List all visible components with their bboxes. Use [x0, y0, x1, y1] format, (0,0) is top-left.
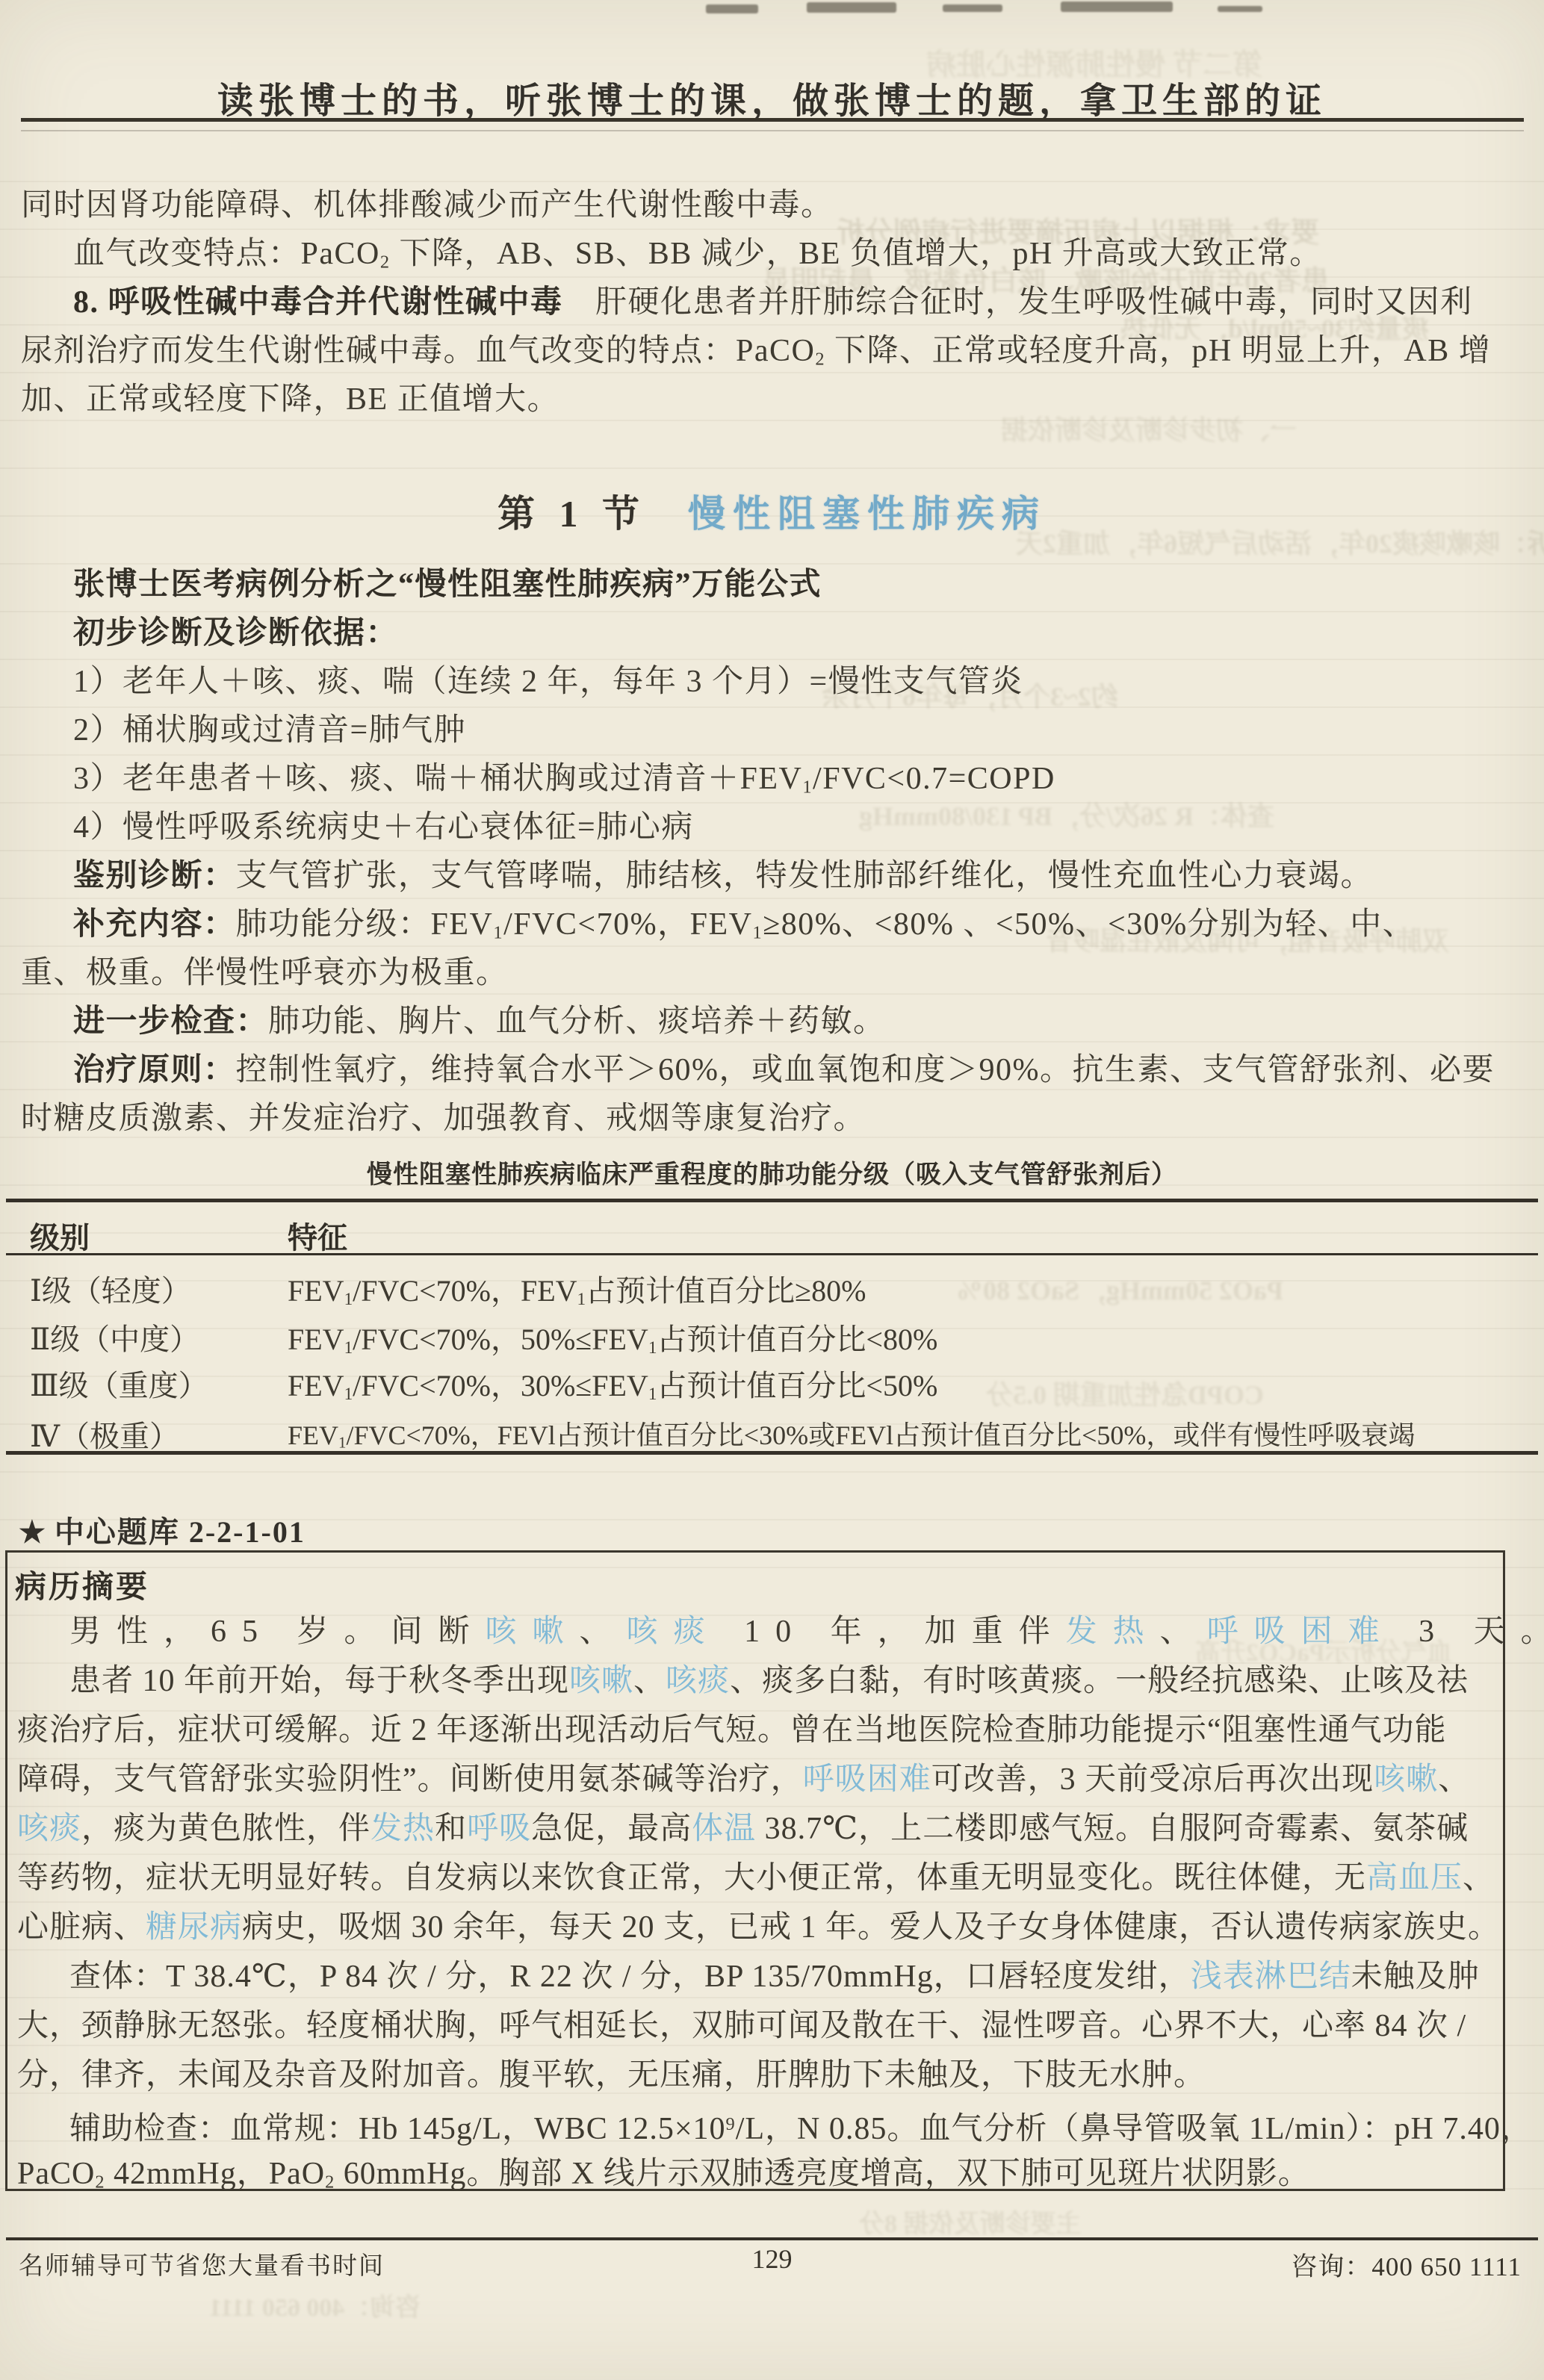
- textbook-scan-page: 第二节 慢性肺源性心脏病 要求：根据以上病历摘要进行病例分析 患者20年前开始咳…: [0, 0, 1544, 2380]
- table-row-grade-3: Ⅲ级（重度）: [30, 1362, 208, 1405]
- table-header-grade: 级别: [30, 1214, 90, 1257]
- table-border-header: [6, 1253, 1538, 1255]
- paragraph-item8: 8. 呼吸性碱中毒合并代谢性碱中毒 肝硬化患者并肝肺综合征时，发生呼吸性碱中毒，…: [21, 284, 1544, 321]
- table-row-feature-4: FEV1/FVC<70%，FEVl占预计值百分比<30%或FEVl占预计值百分比…: [288, 1414, 1415, 1452]
- formula-item-4: 4）慢性呼吸系统病史＋右心衰体征=肺心病: [21, 809, 1544, 846]
- scan-artifact: [706, 4, 758, 13]
- formula-item-2: 2）桶状胸或过清音=肺气肿: [21, 712, 1544, 749]
- table-title: 慢性阻塞性肺疾病临床严重程度的肺功能分级（吸入支气管舒张剂后）: [0, 1154, 1544, 1190]
- table-header-feature: 特征: [288, 1214, 347, 1257]
- question-bank-code: 2-2-1-01: [189, 1515, 306, 1549]
- table-row-feature-2: FEV1/FVC<70%，50%≤FEV1占预计值百分比<80%: [288, 1316, 937, 1358]
- footer-rule: [6, 2237, 1538, 2240]
- case-summary-heading: 病历摘要: [15, 1562, 149, 1607]
- scan-artifact: [1061, 1, 1173, 12]
- table-border-top: [6, 1199, 1538, 1202]
- section-number: 第 1 节: [497, 484, 647, 538]
- section-heading: 第 1 节 慢性阻塞性肺疾病: [0, 484, 1544, 538]
- supplement-content-cont: 重、极重。伴慢性呼衰亦为极重。: [21, 954, 1525, 992]
- scan-artifact: [943, 4, 1002, 12]
- question-bank-label: 中心题库: [55, 1515, 180, 1549]
- treatment-principle-cont: 时糖皮质激素、并发症治疗、加强教育、戒烟等康复治疗。: [21, 1100, 1525, 1137]
- bleedthrough-text: 咨询：400 650 1111: [209, 2287, 421, 2323]
- paragraph-blood-gas: 血气改变特点：PaCO2 下降，AB、SB、BB 减少，BE 负值增大，pH 升…: [21, 235, 1544, 281]
- scan-artifact: [807, 2, 896, 13]
- paragraph-acidosis: 同时因肾功能障碍、机体排酸减少而产生代谢性酸中毒。: [21, 187, 1525, 224]
- case-line: 痰治疗后，症状可缓解。近 2 年逐渐出现活动后气短。曾在当地医院检查肺功能提示“…: [17, 1712, 1500, 1749]
- bleedthrough-text: COPD急性加重期 0.5分: [986, 1374, 1264, 1412]
- case-line: 等药物，症状无明显好转。自发病以来饮食正常，大小便正常，体重无明显变化。既往体健…: [17, 1859, 1500, 1897]
- formula-item-1: 1）老年人＋咳、痰、喘（连续 2 年，每年 3 个月）=慢性支气管炎: [21, 663, 1544, 700]
- diagnosis-basis-heading: 初步诊断及诊断依据：: [21, 615, 1544, 652]
- supplement-content: 补充内容：肺功能分级：FEV1/FVC<70%，FEV1≥80%、<80% 、<…: [21, 906, 1544, 951]
- case-line: 男性，65 岁。间断咳嗽、咳痰 10 年，加重伴发热、呼吸困难 3 天。: [17, 1613, 1544, 1650]
- section-title: 慢性阻塞性肺疾病: [688, 484, 1047, 538]
- bleedthrough-text: PaO2 50mmHg，SaO2 80%: [956, 1270, 1283, 1308]
- paragraph-item8-cont: 尿剂治疗而发生代谢性碱中毒。血气改变的特点：PaCO2 下降、正常或轻度升高，p…: [21, 332, 1525, 378]
- case-line: 患者 10 年前开始，每于秋冬季出现咳嗽、咳痰、痰多白黏，有时咳黄痰。一般经抗感…: [17, 1662, 1544, 1700]
- case-line: PaCO2 42mmHg，PaO2 60mmHg。胸部 X 线片示双肺透亮度增高…: [17, 2155, 1500, 2201]
- bleedthrough-text: 主要诊断及依据 8分: [859, 2203, 1082, 2240]
- table-row-grade-4: Ⅳ（极重）: [30, 1413, 179, 1455]
- header-slogan: 读张博士的书，听张博士的课，做张博士的题，拿卫生部的证: [0, 72, 1544, 123]
- differential-diagnosis: 鉴别诊断：支气管扩张，支气管哮喘，肺结核，特发性肺部纤维化，慢性充血性心力衰竭。: [21, 857, 1544, 895]
- case-line: 咳痰，痰为黄色脓性，伴发热和呼吸急促，最高体温 38.7℃，上二楼即感气短。自服…: [17, 1810, 1500, 1848]
- table-row-feature-1: FEV1/FVC<70%，FEV1占预计值百分比≥80%: [288, 1267, 866, 1310]
- table-border-bottom: [6, 1451, 1538, 1455]
- case-line: 分，律齐，未闻及杂音及附加音。腹平软，无压痛，肝脾肋下未触及，下肢无水肿。: [17, 2057, 1500, 2094]
- formula-heading: 张博士医考病例分析之“慢性阻塞性肺疾病”万能公式: [21, 566, 1544, 603]
- paragraph-item8-end: 加、正常或轻度下降，BE 正值增大。: [21, 381, 1525, 418]
- case-line: 大，颈静脉无怒张。轻度桶状胸，呼气相延长，双肺可闻及散在干、湿性啰音。心界不大，…: [17, 2007, 1500, 2045]
- case-line: 辅助检查：血常规：Hb 145g/L，WBC 12.5×109/L，N 0.85…: [17, 2106, 1544, 2148]
- header-rule-shadow: [21, 130, 1524, 131]
- scan-artifact: [1218, 6, 1262, 12]
- star-icon: ★: [19, 1515, 47, 1549]
- further-exam: 进一步检查：肺功能、胸片、血气分析、痰培养＋药敏。: [21, 1003, 1544, 1040]
- footer-contact: 咨询：400 650 1111: [1291, 2246, 1522, 2284]
- header-rule: [21, 118, 1524, 122]
- table-row-grade-2: Ⅱ级（中度）: [30, 1316, 199, 1358]
- case-line: 障碍，支气管舒张实验阴性”。间断使用氨茶碱等治疗，呼吸困难可改善，3 天前受凉后…: [17, 1761, 1500, 1798]
- formula-item-3: 3）老年患者＋咳、痰、喘＋桶状胸或过清音＋FEV1/FVC<0.7=COPD: [21, 760, 1544, 806]
- table-row-grade-1: Ⅰ级（轻度）: [30, 1267, 191, 1310]
- question-bank-heading: ★中心题库 2-2-1-01: [19, 1509, 306, 1551]
- case-line: 查体：T 38.4℃，P 84 次 / 分，R 22 次 / 分，BP 135/…: [17, 1958, 1544, 1995]
- treatment-principle: 治疗原则：控制性氧疗，维持氧合水平＞60%，或血氧饱和度＞90%。抗生素、支气管…: [21, 1051, 1544, 1089]
- case-line: 心脏病、糖尿病病史，吸烟 30 余年，每天 20 支，已戒 1 年。爱人及子女身…: [17, 1909, 1500, 1946]
- table-row-feature-3: FEV1/FVC<70%，30%≤FEV1占预计值百分比<50%: [288, 1362, 937, 1405]
